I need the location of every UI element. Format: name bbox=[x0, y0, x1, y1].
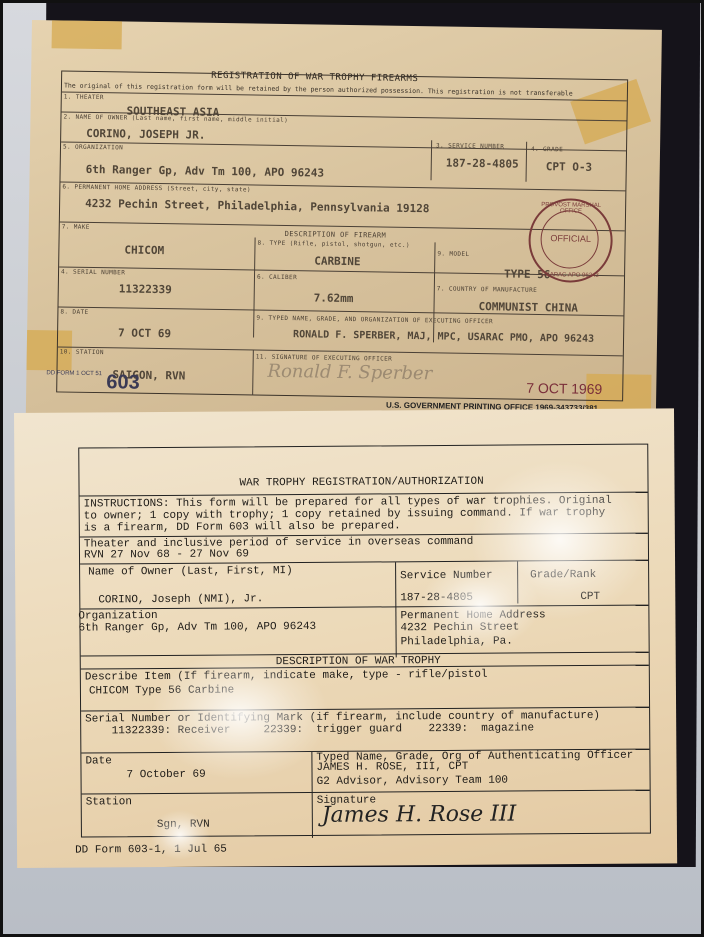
description-header: DESCRIPTION OF FIREARM bbox=[285, 230, 387, 240]
owner-value: CORINO, JOSEPH JR. bbox=[86, 127, 205, 142]
caliber-value: 7.62mm bbox=[314, 291, 354, 305]
authenticating-officer-signature: James H. Rose III bbox=[322, 802, 517, 828]
description-header-row: DESCRIPTION OF WAR TROPHY bbox=[81, 652, 649, 657]
type-value: CARBINE bbox=[314, 254, 361, 268]
address-line2: Philadelphia, Pa. bbox=[401, 636, 513, 649]
dd-form-603-1-authorization: WAR TROPHY REGISTRATION/AUTHORIZATION IN… bbox=[14, 408, 677, 868]
officer-line1: JAMES H. ROSE, III, CPT bbox=[316, 761, 468, 774]
stamp-date: 7 OCT 1969 bbox=[526, 380, 602, 397]
form-grid: WAR TROPHY REGISTRATION/AUTHORIZATION IN… bbox=[78, 444, 651, 838]
organization-value: 6th Ranger Gp, Adv Tm 100, APO 96243 bbox=[78, 621, 316, 635]
date-value: 7 October 69 bbox=[126, 769, 205, 782]
form-number: DD FORM 1 OCT 51 603 bbox=[46, 370, 140, 394]
executing-officer-signature: Ronald F. Sperber bbox=[267, 361, 432, 385]
describe-value: CHICOM Type 56 Carbine bbox=[89, 684, 234, 697]
make-value: CHICOM bbox=[124, 243, 164, 257]
service-number-value: 187-28-4805 bbox=[446, 157, 519, 171]
serial-row: Serial Number or Identifying Mark (if fi… bbox=[81, 707, 649, 712]
owner-value: CORINO, Joseph (NMI), Jr. bbox=[98, 593, 263, 606]
organization-value: 6th Ranger Gp, Adv Tm 100, APO 96243 bbox=[86, 163, 325, 180]
station-row: Station Sgn, RVN Signature James H. Rose… bbox=[82, 790, 650, 795]
address-line1: 4232 Pechin Street bbox=[400, 621, 519, 634]
dd-form-603-registration: REGISTRATION OF WAR TROPHY FIREARMS The … bbox=[26, 20, 662, 425]
instructions-row: INSTRUCTIONS: This form will be prepared… bbox=[80, 492, 648, 497]
theater-value: RVN 27 Nov 68 - 27 Nov 69 bbox=[84, 548, 249, 561]
address-value: 4232 Pechin Street, Philadelphia, Pennsy… bbox=[85, 197, 430, 215]
form-footer: DD Form 603-1, 1 Jul 65 bbox=[75, 844, 227, 857]
serial-value: 11322339: Receiver 22339: trigger guard … bbox=[85, 722, 534, 737]
service-number-value: 187-28-4805 bbox=[400, 592, 473, 605]
date-row: Date 7 October 69 Typed Name, Grade, Org… bbox=[81, 749, 649, 754]
grade-value: CPT O-3 bbox=[546, 160, 593, 174]
serial-value: 11322339 bbox=[119, 282, 172, 296]
form-title: WAR TROPHY REGISTRATION/AUTHORIZATION bbox=[239, 476, 483, 490]
executing-officer-value: RONALD F. SPERBER, MAJ, MPC, USARAC PMO,… bbox=[293, 329, 594, 345]
date-value: 7 OCT 69 bbox=[118, 326, 171, 340]
tape-strip bbox=[52, 20, 122, 49]
station-value: Sgn, RVN bbox=[157, 819, 210, 831]
grade-value: CPT bbox=[580, 591, 600, 603]
officer-line2: G2 Advisor, Advisory Team 100 bbox=[317, 775, 509, 788]
